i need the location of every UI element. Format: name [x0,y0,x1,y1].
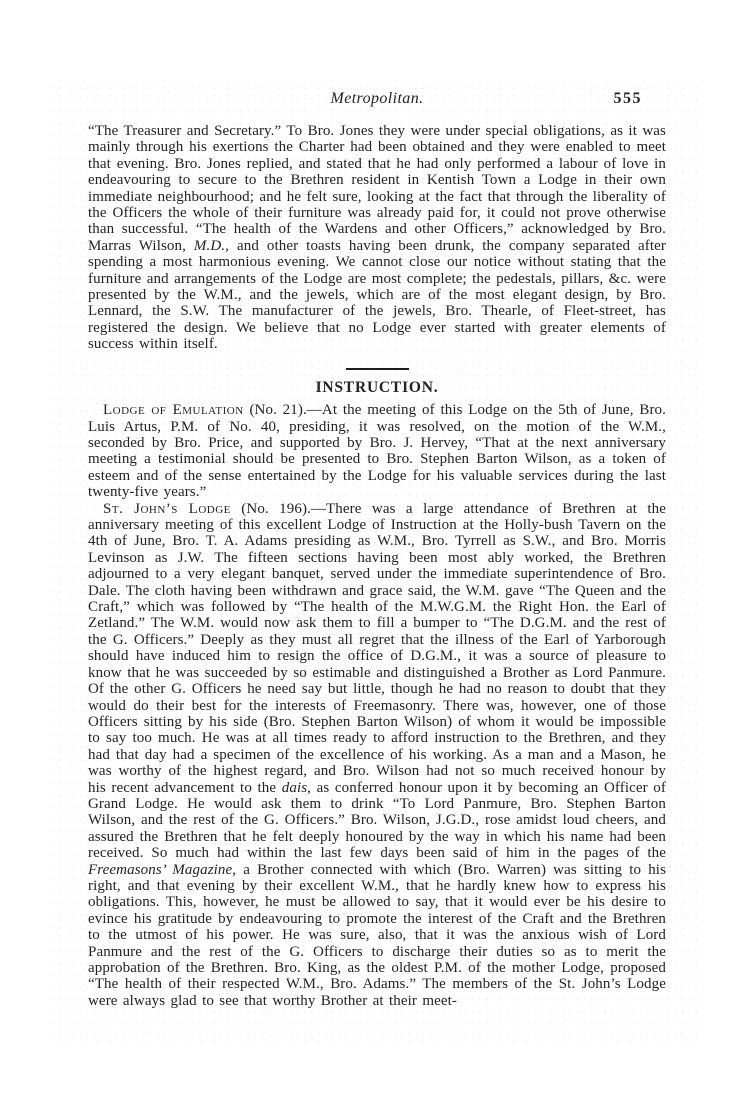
page-number: 555 [614,90,643,108]
printed-text-block: Metropolitan. 555 “The Treasurer and Sec… [88,90,666,1009]
running-title: Metropolitan. [88,90,666,108]
article-paragraph-lodge-of-emulation: Lodge of Emulation (No. 21).—At the meet… [88,402,666,500]
section-divider-rule [346,368,409,371]
scanned-document-page: Metropolitan. 555 “The Treasurer and Sec… [0,0,743,1116]
continuation-paragraph: “The Treasurer and Secretary.” To Bro. J… [88,123,666,353]
page-header: Metropolitan. 555 [88,90,666,111]
section-heading: INSTRUCTION. [88,379,666,397]
article-paragraph-st-johns-lodge: St. John’s Lodge (No. 196).—There was a … [88,501,666,1010]
